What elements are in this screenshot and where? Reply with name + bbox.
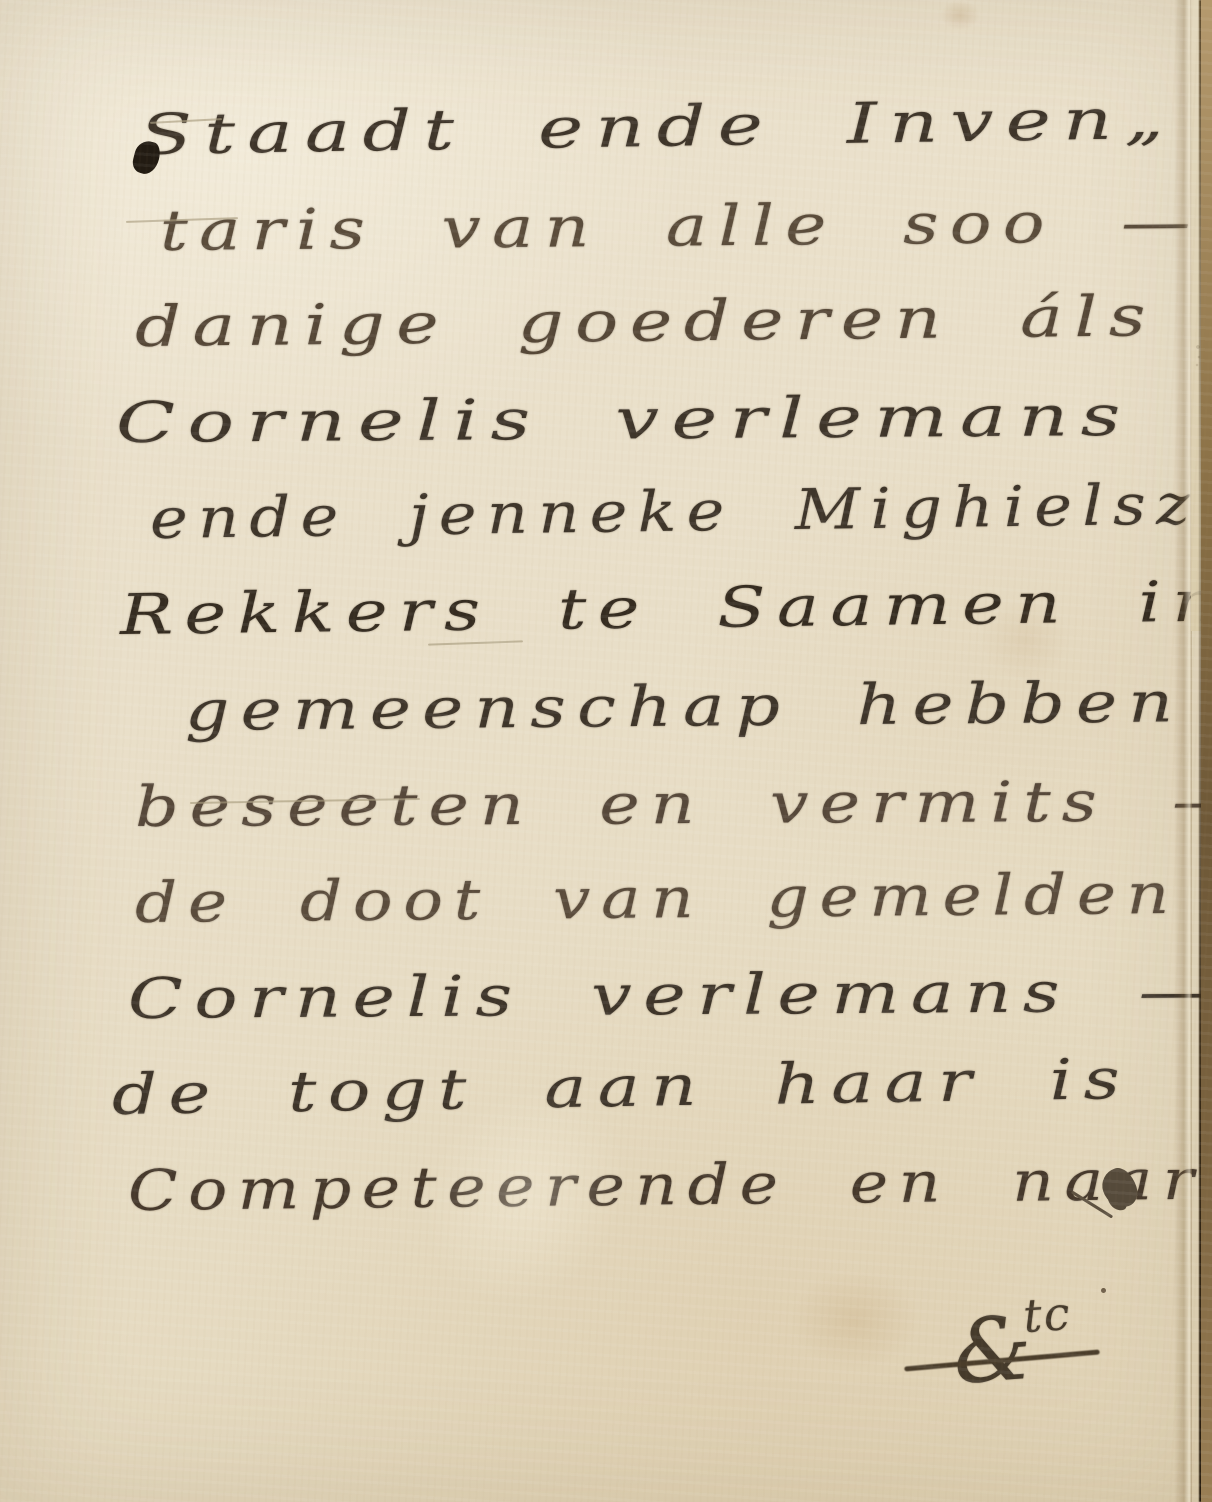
handwriting-line: de togt aan haar is — bbox=[111, 1027, 1212, 1144]
manuscript-text: Staadt ende Inven„ taris van alle soo — … bbox=[100, 88, 1150, 1240]
handwriting-line: de doot van gemelden bbox=[135, 846, 1212, 952]
etcetera-mark: &tc bbox=[947, 1258, 1077, 1408]
paper-stain bbox=[940, 0, 980, 30]
handwriting-line: Staadt ende Inven„ bbox=[139, 66, 1212, 184]
handwriting-line: Rekkers te Saamen in bbox=[119, 552, 1212, 664]
handwriting-line: taris van alle soo — bbox=[160, 173, 1212, 280]
handwriting-line: gemeenschap hebben — bbox=[185, 654, 1212, 760]
handwriting-line: danige goederen áls bbox=[134, 266, 1212, 376]
handwriting-line: ende jenneke Mighielsz bbox=[149, 456, 1212, 568]
handwriting-line: Cornelis verlemans — bbox=[128, 943, 1212, 1048]
handwriting-line: beseeten en vermits — bbox=[135, 754, 1212, 856]
ink-speck bbox=[1101, 1288, 1106, 1293]
page-edge-strip bbox=[1201, 0, 1212, 1502]
handwriting-line: Competeerende en naar bbox=[127, 1132, 1212, 1240]
page-fold-shadow bbox=[1174, 0, 1192, 1502]
etcetera-superscript: tc bbox=[1021, 1286, 1073, 1343]
manuscript-page: Staadt ende Inven„ taris van alle soo — … bbox=[0, 0, 1212, 1502]
paper-stain bbox=[790, 1270, 920, 1370]
handwriting-line: Cornelis verlemans bbox=[116, 366, 1212, 472]
